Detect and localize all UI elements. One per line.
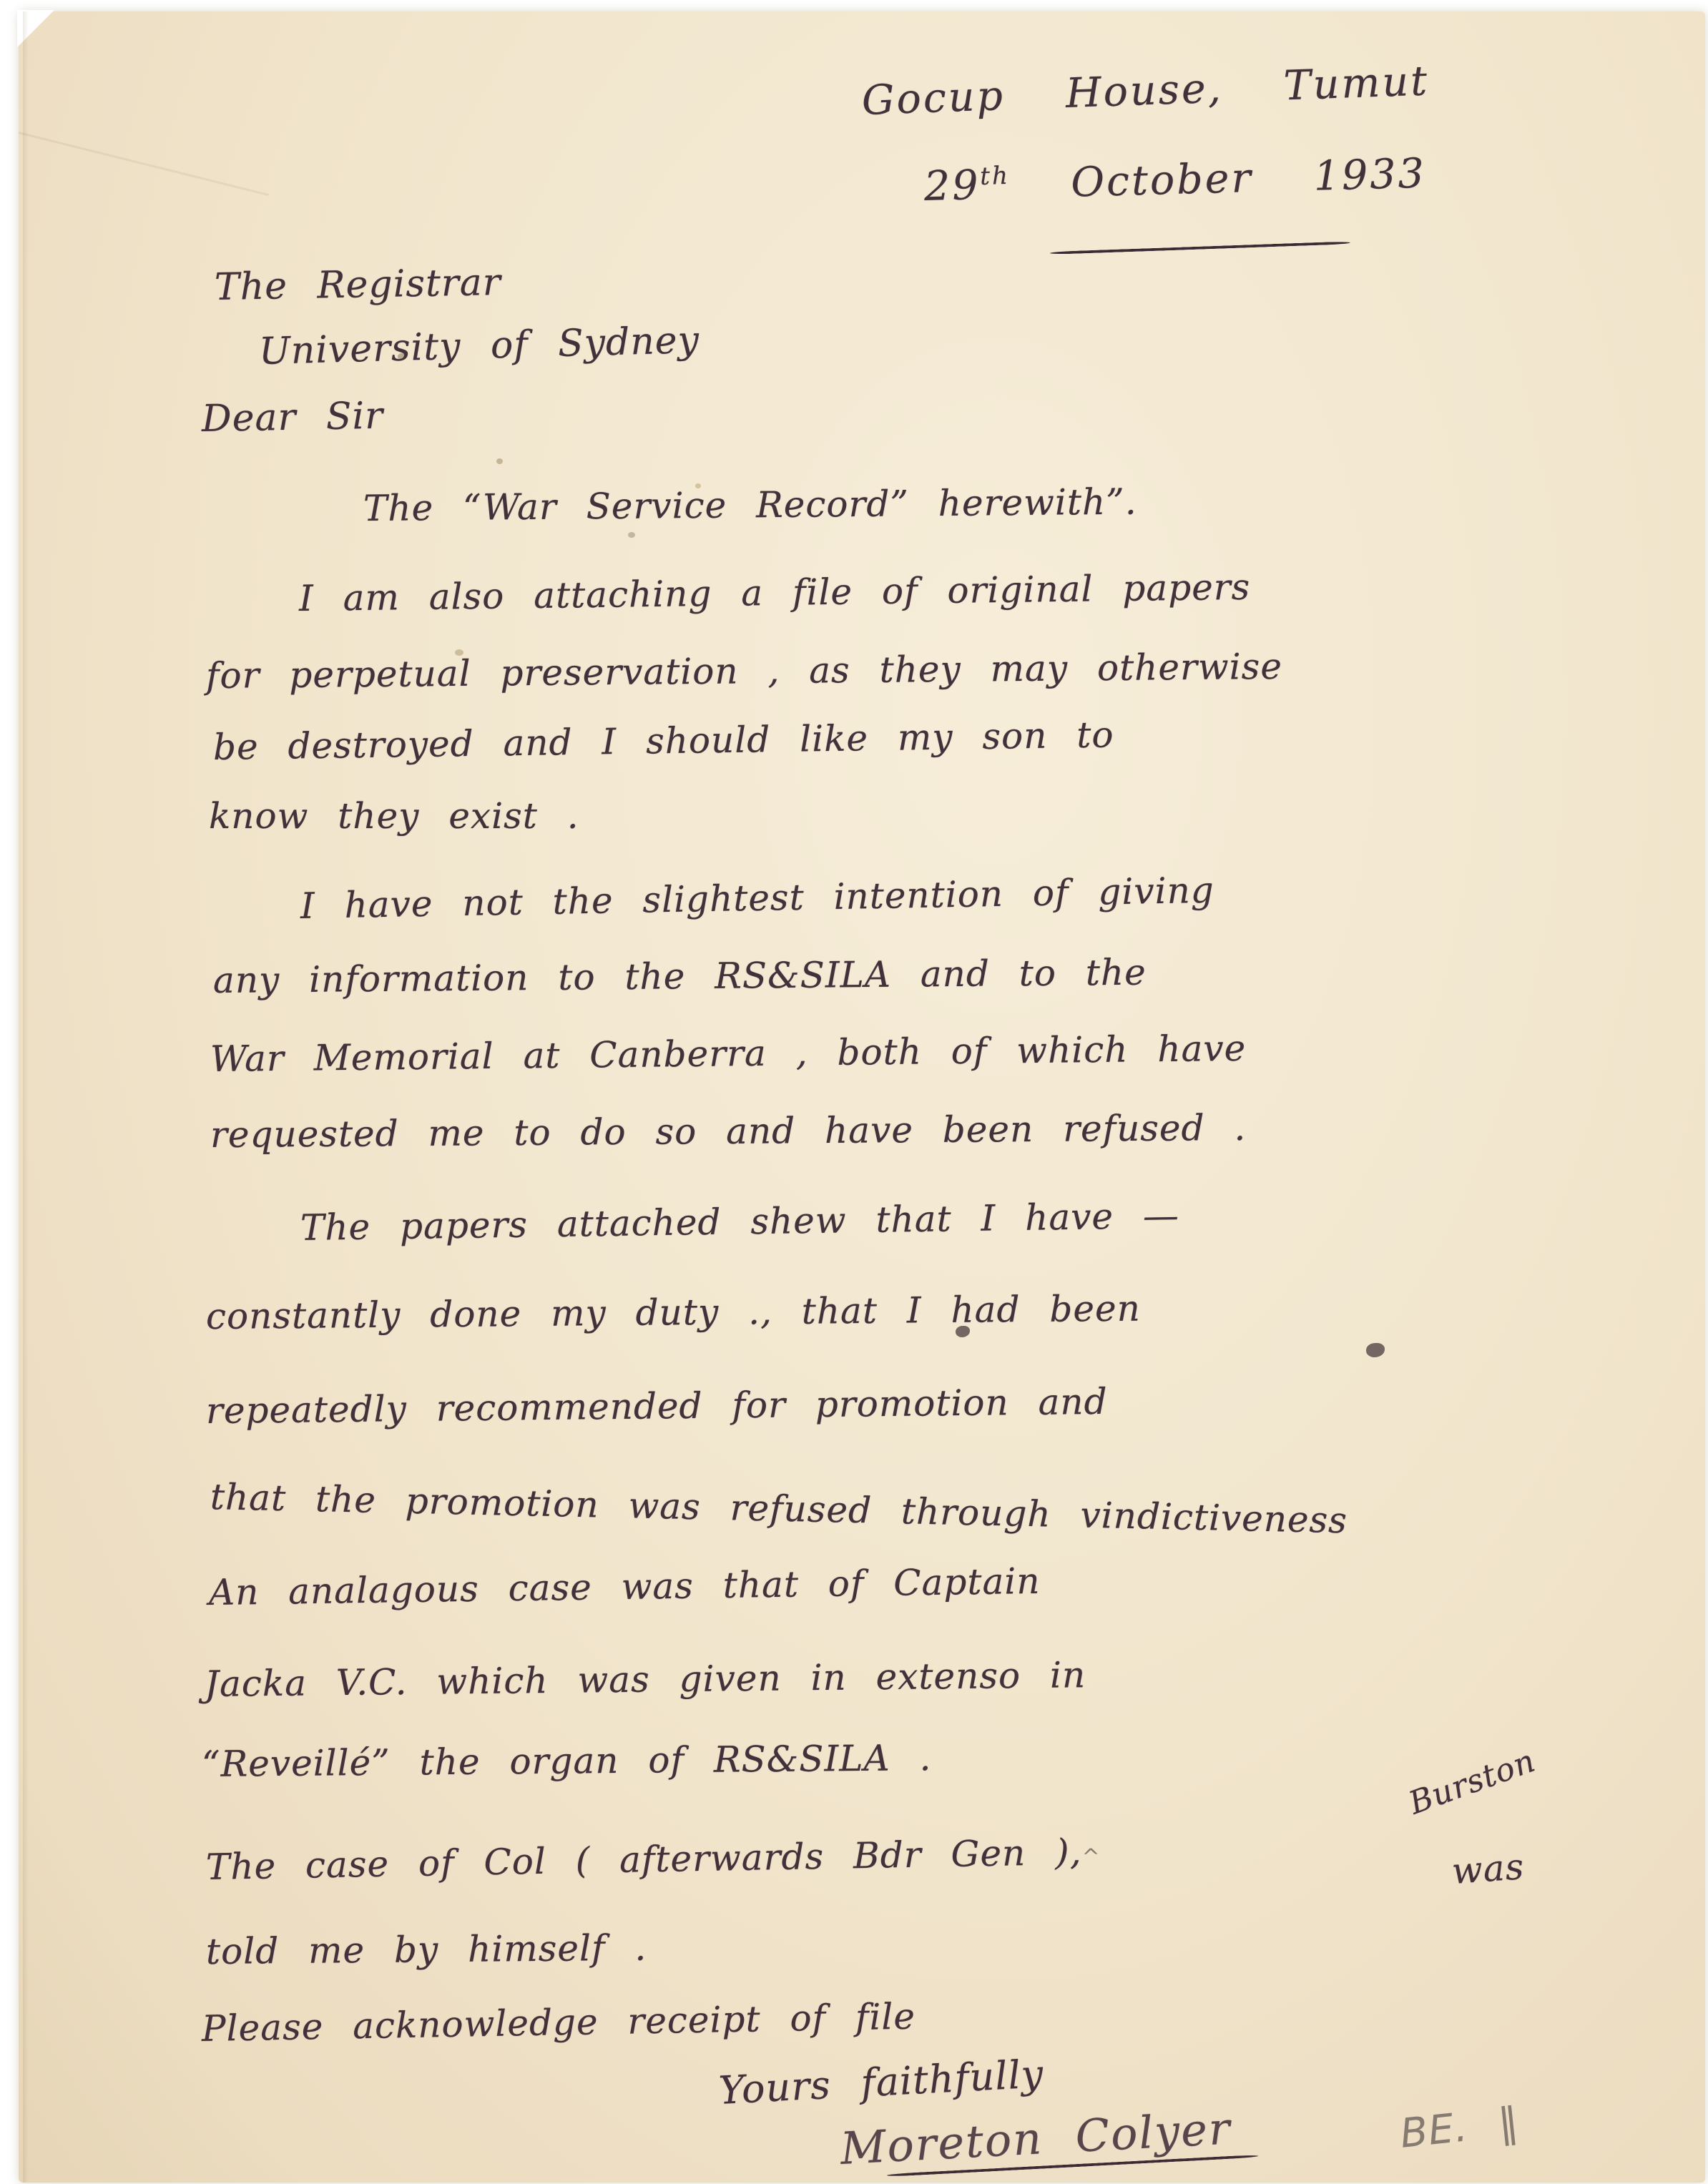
date-ordinal: th bbox=[980, 162, 1011, 191]
body-line: know they exist . bbox=[209, 795, 579, 837]
case-line-tail: was bbox=[1451, 1846, 1526, 1892]
body-line: The “War Service Record” herewith”. bbox=[363, 481, 1137, 529]
body-line: constantly done my duty ., that I had be… bbox=[206, 1288, 1141, 1337]
body-line: requested me to do so and have been refu… bbox=[210, 1107, 1247, 1156]
paper-edge-shadow bbox=[23, 11, 29, 2183]
recipient-line-1: The Registrar bbox=[214, 261, 501, 309]
date-number: 29 bbox=[923, 162, 981, 210]
paper-crease bbox=[19, 132, 269, 196]
body-line: any information to the RS&SILA and to th… bbox=[213, 952, 1147, 1001]
ink-smudge bbox=[1366, 1343, 1385, 1357]
fox-spot bbox=[496, 458, 503, 464]
body-line: told me by himself . bbox=[206, 1927, 647, 1972]
scan-background: Gocup House, Tumut 29th October 1933 The… bbox=[0, 0, 1708, 2184]
fox-spot bbox=[628, 532, 635, 538]
body-line: “Reveillé” the organ of RS&SILA . bbox=[202, 1737, 932, 1785]
salutation-line: Dear Sir bbox=[201, 395, 383, 441]
caret-mark: ^ bbox=[1081, 1844, 1101, 1869]
